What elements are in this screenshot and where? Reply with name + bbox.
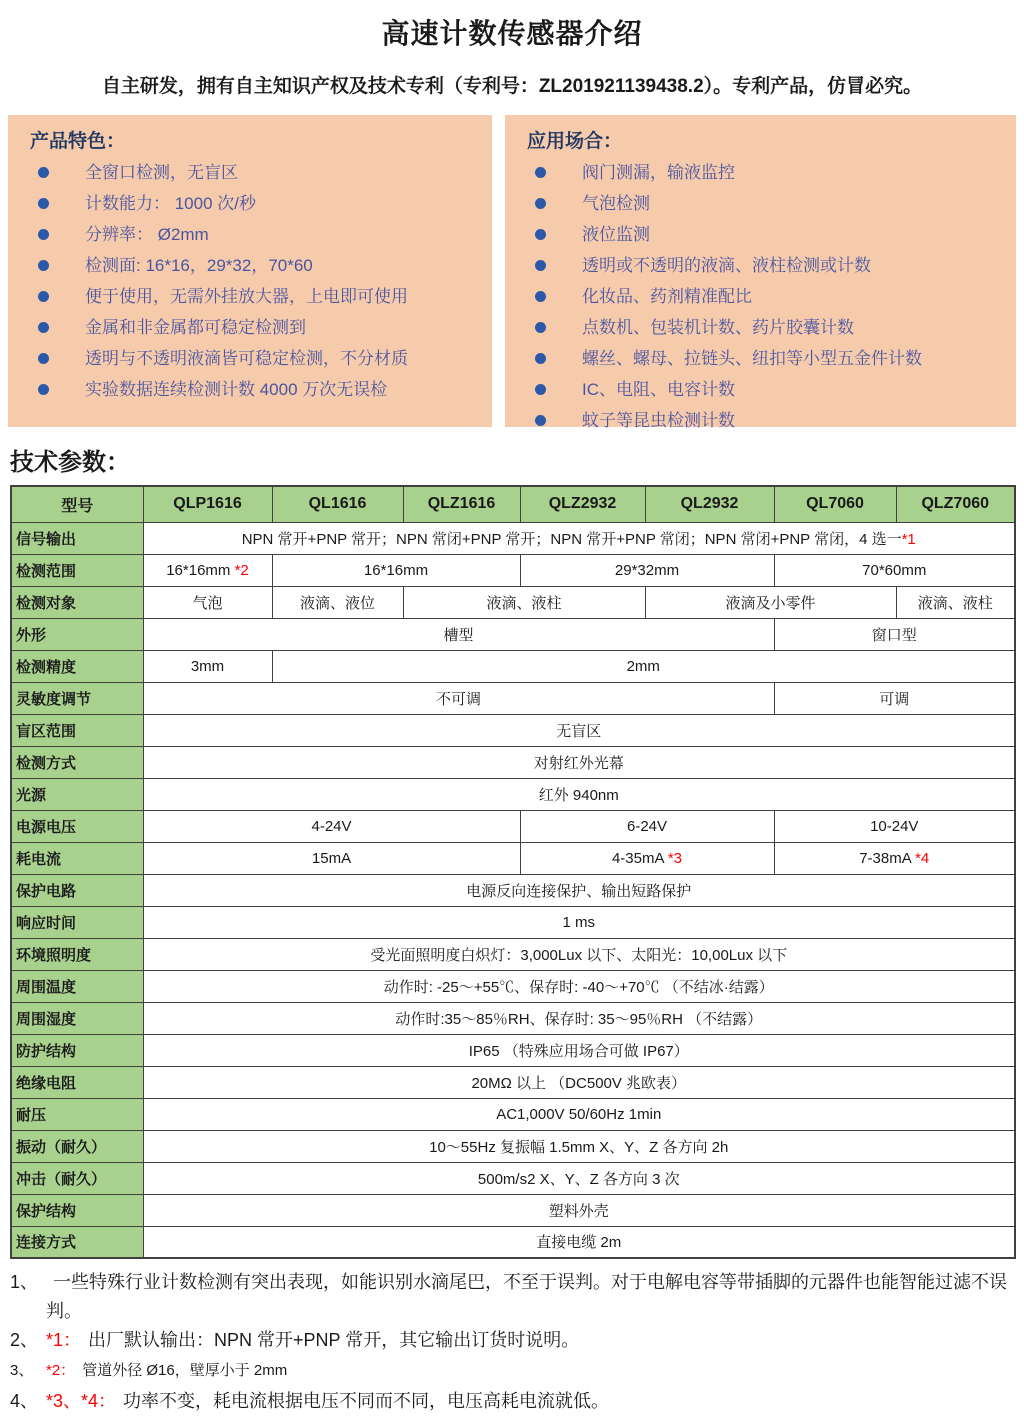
row-label: 响应时间: [11, 906, 143, 938]
note-number: 1、: [10, 1268, 46, 1326]
row-label: 周围温度: [11, 970, 143, 1002]
bullet-icon: [535, 322, 546, 333]
feature-text: 全窗口检测，无盲区: [85, 161, 238, 184]
spec-cell: 槽型: [143, 618, 774, 650]
application-text: 阀门测漏，输液监控: [582, 161, 735, 184]
spec-cell: 液滴、液柱: [896, 586, 1015, 618]
spec-cell: AC1,000V 50/60Hz 1min: [143, 1098, 1015, 1130]
application-text: IC、电阻、电容计数: [582, 378, 735, 401]
list-item: 计数能力： 1000 次/秒: [8, 188, 492, 219]
spec-cell: 受光面照明度白炽灯：3,000Lux 以下、太阳光：10,00Lux 以下: [143, 938, 1015, 970]
row-label: 检测精度: [11, 650, 143, 682]
bullet-icon: [535, 415, 546, 426]
row-label: 保护结构: [11, 1194, 143, 1226]
bullet-icon: [535, 291, 546, 302]
spec-cell: 500m/s2 X、Y、Z 各方向 3 次: [143, 1162, 1015, 1194]
table-row: 灵敏度调节 不可调 可调: [11, 682, 1015, 714]
row-label: 灵敏度调节: [11, 682, 143, 714]
row-label: 光源: [11, 778, 143, 810]
spec-cell: 10-24V: [774, 810, 1015, 842]
spec-cell: 电源反向连接保护、输出短路保护: [143, 874, 1015, 906]
spec-cell: 4-35mA *3: [520, 842, 774, 874]
list-item: 实验数据连续检测计数 4000 万次无误检: [8, 374, 492, 405]
spec-cell: IP65 （特殊应用场合可做 IP67）: [143, 1034, 1015, 1066]
spec-cell: 20MΩ 以上 （DC500V 兆欧表）: [143, 1066, 1015, 1098]
column-header: QLP1616: [143, 486, 272, 522]
application-text: 液位监测: [582, 223, 650, 246]
note-3: 3、 *2：管道外径 Ø16，壁厚小于 2mm: [10, 1358, 1024, 1384]
table-row: 周围温度 动作时: -25～+55℃、保存时: -40～+70℃ （不结冰·结露…: [11, 970, 1015, 1002]
row-label: 盲区范围: [11, 714, 143, 746]
row-label: 保护电路: [11, 874, 143, 906]
feature-text: 便于使用，无需外挂放大器，上电即可使用: [85, 285, 408, 308]
note-text: *1：出厂默认输出：NPN 常开+PNP 常开，其它输出订货时说明。: [46, 1326, 1024, 1355]
application-text: 气泡检测: [582, 192, 650, 215]
application-text: 透明或不透明的液滴、液柱检测或计数: [582, 254, 871, 277]
list-item: 分辨率： Ø2mm: [8, 219, 492, 250]
column-header: QLZ1616: [403, 486, 520, 522]
table-row: 耗电流 15mA 4-35mA *3 7-38mA *4: [11, 842, 1015, 874]
spec-value: 16*16mm: [166, 562, 230, 579]
spec-cell: 1 ms: [143, 906, 1015, 938]
row-label: 检测范围: [11, 554, 143, 586]
spec-cell: 29*32mm: [520, 554, 774, 586]
column-header: QL2932: [645, 486, 774, 522]
bullet-icon: [535, 384, 546, 395]
table-row: 检测方式 对射红外光幕: [11, 746, 1015, 778]
column-header: QLZ2932: [520, 486, 645, 522]
spec-cell: 可调: [774, 682, 1015, 714]
application-text: 蚊子等昆虫检测计数: [582, 409, 735, 432]
table-row: 外形 槽型 窗口型: [11, 618, 1015, 650]
table-row: 检测对象 气泡 液滴、液位 液滴、液柱 液滴及小零件 液滴、液柱: [11, 586, 1015, 618]
footnotes: 1、 一些特殊行业计数检测有突出表现，如能识别水滴尾巴，不至于误判。对于电解电容…: [10, 1268, 1024, 1416]
row-label: 检测方式: [11, 746, 143, 778]
spec-cell: 6-24V: [520, 810, 774, 842]
spec-cell: 4-24V: [143, 810, 520, 842]
table-row: 保护电路 电源反向连接保护、输出短路保护: [11, 874, 1015, 906]
spec-cell: 液滴及小零件: [645, 586, 896, 618]
note-content: 出厂默认输出：NPN 常开+PNP 常开，其它输出订货时说明。: [88, 1330, 579, 1350]
feature-text: 实验数据连续检测计数 4000 万次无误检: [85, 378, 387, 401]
row-label: 冲击（耐久）: [11, 1162, 143, 1194]
feature-text: 金属和非金属都可稳定检测到: [85, 316, 306, 339]
list-item: IC、电阻、电容计数: [505, 374, 1016, 405]
list-item: 蚊子等昆虫检测计数: [505, 405, 1016, 436]
spec-cell: 16*16mm: [272, 554, 520, 586]
table-header-row: 型号 QLP1616 QL1616 QLZ1616 QLZ2932 QL2932…: [11, 486, 1015, 522]
list-item: 阀门测漏，输液监控: [505, 157, 1016, 188]
note-number: 2、: [10, 1326, 46, 1355]
table-row: 防护结构 IP65 （特殊应用场合可做 IP67）: [11, 1034, 1015, 1066]
patent-subtitle: 自主研发，拥有自主知识产权及技术专利（专利号：ZL201921139438.2）…: [0, 71, 1024, 98]
table-row: 连接方式 直接电缆 2m: [11, 1226, 1015, 1258]
table-row: 盲区范围 无盲区: [11, 714, 1015, 746]
note-number: 4、: [10, 1387, 46, 1416]
note-content: 一些特殊行业计数检测有突出表现，如能识别水滴尾巴，不至于误判。对于电解电容等带插…: [46, 1272, 1007, 1321]
table-row: 冲击（耐久） 500m/s2 X、Y、Z 各方向 3 次: [11, 1162, 1015, 1194]
feature-text: 计数能力： 1000 次/秒: [85, 192, 256, 215]
specs-heading: 技术参数：: [10, 442, 1024, 477]
footnote-marker: *1：: [46, 1330, 81, 1350]
row-label: 外形: [11, 618, 143, 650]
table-row: 检测精度 3mm 2mm: [11, 650, 1015, 682]
application-text: 点数机、包装机计数、药片胶囊计数: [582, 316, 854, 339]
column-header: 型号: [11, 486, 143, 522]
bullet-icon: [38, 353, 49, 364]
list-item: 全窗口检测，无盲区: [8, 157, 492, 188]
applications-list: 阀门测漏，输液监控 气泡检测 液位监测 透明或不透明的液滴、液柱检测或计数 化妆…: [505, 157, 1016, 436]
spec-value: NPN 常开+PNP 常开；NPN 常闭+PNP 常开；NPN 常开+PNP 常…: [242, 531, 902, 548]
list-item: 便于使用，无需外挂放大器，上电即可使用: [8, 281, 492, 312]
list-item: 气泡检测: [505, 188, 1016, 219]
applications-box: 应用场合： 阀门测漏，输液监控 气泡检测 液位监测 透明或不透明的液滴、液柱检测…: [505, 115, 1016, 427]
bullet-icon: [38, 291, 49, 302]
list-item: 透明或不透明的液滴、液柱检测或计数: [505, 250, 1016, 281]
row-label: 振动（耐久）: [11, 1130, 143, 1162]
feature-text: 分辨率： Ø2mm: [85, 223, 209, 246]
spec-cell: 直接电缆 2m: [143, 1226, 1015, 1258]
row-label: 耐压: [11, 1098, 143, 1130]
note-text: *2：管道外径 Ø16，壁厚小于 2mm: [46, 1358, 1024, 1384]
column-header: QLZ7060: [896, 486, 1015, 522]
feature-text: 透明与不透明液滴皆可稳定检测，不分材质: [85, 347, 408, 370]
spec-cell: 2mm: [272, 650, 1015, 682]
bullet-icon: [535, 260, 546, 271]
spec-cell: 7-38mA *4: [774, 842, 1015, 874]
highlight-boxes: 产品特色： 全窗口检测，无盲区 计数能力： 1000 次/秒 分辨率： Ø2mm…: [8, 115, 1016, 427]
table-row: 检测范围 16*16mm *2 16*16mm 29*32mm 70*60mm: [11, 554, 1015, 586]
note-2: 2、 *1：出厂默认输出：NPN 常开+PNP 常开，其它输出订货时说明。: [10, 1326, 1024, 1355]
spec-cell: 无盲区: [143, 714, 1015, 746]
spec-cell: 不可调: [143, 682, 774, 714]
table-row: 周围湿度 动作时:35～85％RH、保存时: 35～95％RH （不结露）: [11, 1002, 1015, 1034]
row-label: 绝缘电阻: [11, 1066, 143, 1098]
spec-cell: 对射红外光幕: [143, 746, 1015, 778]
spec-cell: 气泡: [143, 586, 272, 618]
spec-cell: 3mm: [143, 650, 272, 682]
bullet-icon: [535, 353, 546, 364]
spec-cell: 70*60mm: [774, 554, 1015, 586]
table-row: 保护结构 塑料外壳: [11, 1194, 1015, 1226]
column-header: QL1616: [272, 486, 403, 522]
row-label: 连接方式: [11, 1226, 143, 1258]
list-item: 螺丝、螺母、拉链头、纽扣等小型五金件计数: [505, 343, 1016, 374]
row-label: 环境照明度: [11, 938, 143, 970]
list-item: 检测面: 16*16，29*32，70*60: [8, 250, 492, 281]
footnote-marker: *2: [230, 562, 248, 579]
footnote-marker: *1: [902, 531, 916, 548]
spec-cell: 液滴、液柱: [403, 586, 645, 618]
table-row: 电源电压 4-24V 6-24V 10-24V: [11, 810, 1015, 842]
applications-box-title: 应用场合：: [527, 126, 1016, 153]
row-label: 防护结构: [11, 1034, 143, 1066]
row-label: 耗电流: [11, 842, 143, 874]
spec-cell: 16*16mm *2: [143, 554, 272, 586]
application-text: 螺丝、螺母、拉链头、纽扣等小型五金件计数: [582, 347, 922, 370]
column-header: QL7060: [774, 486, 896, 522]
note-text: 一些特殊行业计数检测有突出表现，如能识别水滴尾巴，不至于误判。对于电解电容等带插…: [46, 1268, 1024, 1326]
spec-cell: 液滴、液位: [272, 586, 403, 618]
bullet-icon: [38, 260, 49, 271]
note-4: 4、 *3、*4：功率不变，耗电流根据电压不同而不同，电压高耗电流就低。: [10, 1387, 1024, 1416]
list-item: 液位监测: [505, 219, 1016, 250]
features-box: 产品特色： 全窗口检测，无盲区 计数能力： 1000 次/秒 分辨率： Ø2mm…: [8, 115, 492, 427]
spec-cell: 10～55Hz 复振幅 1.5mm X、Y、Z 各方向 2h: [143, 1130, 1015, 1162]
bullet-icon: [38, 322, 49, 333]
bullet-icon: [535, 198, 546, 209]
spec-cell: 15mA: [143, 842, 520, 874]
table-row: 耐压 AC1,000V 50/60Hz 1min: [11, 1098, 1015, 1130]
table-row: 信号输出 NPN 常开+PNP 常开；NPN 常闭+PNP 常开；NPN 常开+…: [11, 522, 1015, 554]
row-label: 检测对象: [11, 586, 143, 618]
specs-table: 型号 QLP1616 QL1616 QLZ1616 QLZ2932 QL2932…: [10, 485, 1016, 1259]
footnote-marker: *3、*4：: [46, 1391, 116, 1411]
note-content: 管道外径 Ø16，壁厚小于 2mm: [82, 1362, 287, 1379]
list-item: 透明与不透明液滴皆可稳定检测，不分材质: [8, 343, 492, 374]
bullet-icon: [38, 167, 49, 178]
row-label: 电源电压: [11, 810, 143, 842]
table-row: 响应时间 1 ms: [11, 906, 1015, 938]
features-list: 全窗口检测，无盲区 计数能力： 1000 次/秒 分辨率： Ø2mm 检测面: …: [8, 157, 492, 405]
features-box-title: 产品特色：: [30, 126, 492, 153]
application-text: 化妆品、药剂精准配比: [582, 285, 752, 308]
note-content: 功率不变，耗电流根据电压不同而不同，电压高耗电流就低。: [123, 1391, 609, 1411]
table-row: 光源 红外 940nm: [11, 778, 1015, 810]
bullet-icon: [535, 167, 546, 178]
spec-value: 7-38mA: [859, 850, 911, 867]
spec-cell: 窗口型: [774, 618, 1015, 650]
feature-text: 检测面: 16*16，29*32，70*60: [85, 254, 313, 277]
page-title: 高速计数传感器介绍: [0, 0, 1024, 52]
note-number: 3、: [10, 1358, 46, 1384]
footnote-marker: *4: [911, 850, 929, 867]
spec-cell: 塑料外壳: [143, 1194, 1015, 1226]
spec-cell: NPN 常开+PNP 常开；NPN 常闭+PNP 常开；NPN 常开+PNP 常…: [143, 522, 1015, 554]
spec-value: 4-35mA: [612, 850, 664, 867]
spec-cell: 动作时:35～85％RH、保存时: 35～95％RH （不结露）: [143, 1002, 1015, 1034]
list-item: 金属和非金属都可稳定检测到: [8, 312, 492, 343]
row-label: 周围湿度: [11, 1002, 143, 1034]
footnote-marker: *3: [664, 850, 682, 867]
footnote-marker: *2：: [46, 1362, 75, 1379]
table-row: 环境照明度 受光面照明度白炽灯：3,000Lux 以下、太阳光：10,00Lux…: [11, 938, 1015, 970]
row-label: 信号输出: [11, 522, 143, 554]
spec-cell: 红外 940nm: [143, 778, 1015, 810]
list-item: 点数机、包装机计数、药片胶囊计数: [505, 312, 1016, 343]
list-item: 化妆品、药剂精准配比: [505, 281, 1016, 312]
note-text: *3、*4：功率不变，耗电流根据电压不同而不同，电压高耗电流就低。: [46, 1387, 1024, 1416]
bullet-icon: [535, 229, 546, 240]
spec-cell: 动作时: -25～+55℃、保存时: -40～+70℃ （不结冰·结露）: [143, 970, 1015, 1002]
note-1: 1、 一些特殊行业计数检测有突出表现，如能识别水滴尾巴，不至于误判。对于电解电容…: [10, 1268, 1024, 1326]
bullet-icon: [38, 229, 49, 240]
table-row: 振动（耐久） 10～55Hz 复振幅 1.5mm X、Y、Z 各方向 2h: [11, 1130, 1015, 1162]
bullet-icon: [38, 198, 49, 209]
table-row: 绝缘电阻 20MΩ 以上 （DC500V 兆欧表）: [11, 1066, 1015, 1098]
bullet-icon: [38, 384, 49, 395]
